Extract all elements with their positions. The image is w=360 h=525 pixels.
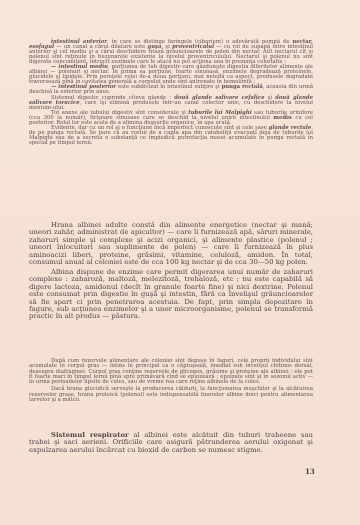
term-rectal-pouch: punga rectală — [222, 84, 263, 90]
paragraph-enzymes: Albina dispune de enzime care permit dig… — [29, 269, 313, 321]
nutrition-section: Hrana albinei adulte constă din alimente… — [29, 222, 313, 321]
paragraph-anterior-intestine: intestinul anterior, în care se distinge… — [29, 40, 313, 65]
paragraph-malpighi: Tot anexe ale tubului digestiv sînt cons… — [29, 111, 313, 126]
paragraph-fat-body: După cum rezervele alimentare ale coloni… — [29, 359, 313, 385]
paragraph-respiratory-system: Sistemul respirator al albinei este alcă… — [29, 432, 313, 454]
paragraph-glands: Sistemul digestiv cuprinde cîteva glande… — [29, 96, 313, 111]
paragraph-adult-food: Hrana albinei adulte constă din alimente… — [29, 222, 313, 267]
reserves-section: După cum rezervele alimentare ale coloni… — [29, 359, 313, 403]
page-number: 13 — [305, 467, 315, 476]
digestive-tract-section: intestinul anterior, în care se distinge… — [29, 40, 313, 146]
book-page: intestinul anterior, în care se distinge… — [0, 0, 360, 525]
paragraph-protein-food: Dacă hrana glucidică serveşte la produce… — [29, 387, 313, 403]
term-mediu: mediu — [273, 115, 291, 121]
text: este subdivizat în intestinul subţire şi — [116, 84, 221, 90]
respiratory-section: Sistemul respirator al albinei este alcă… — [29, 432, 313, 454]
paragraph-rectal-glands: Evidente, dar cu un rol şi o funcţiune î… — [29, 126, 313, 146]
paragraph-midgut: — intestinul mediu, porţiunea de tub dig… — [29, 65, 313, 85]
